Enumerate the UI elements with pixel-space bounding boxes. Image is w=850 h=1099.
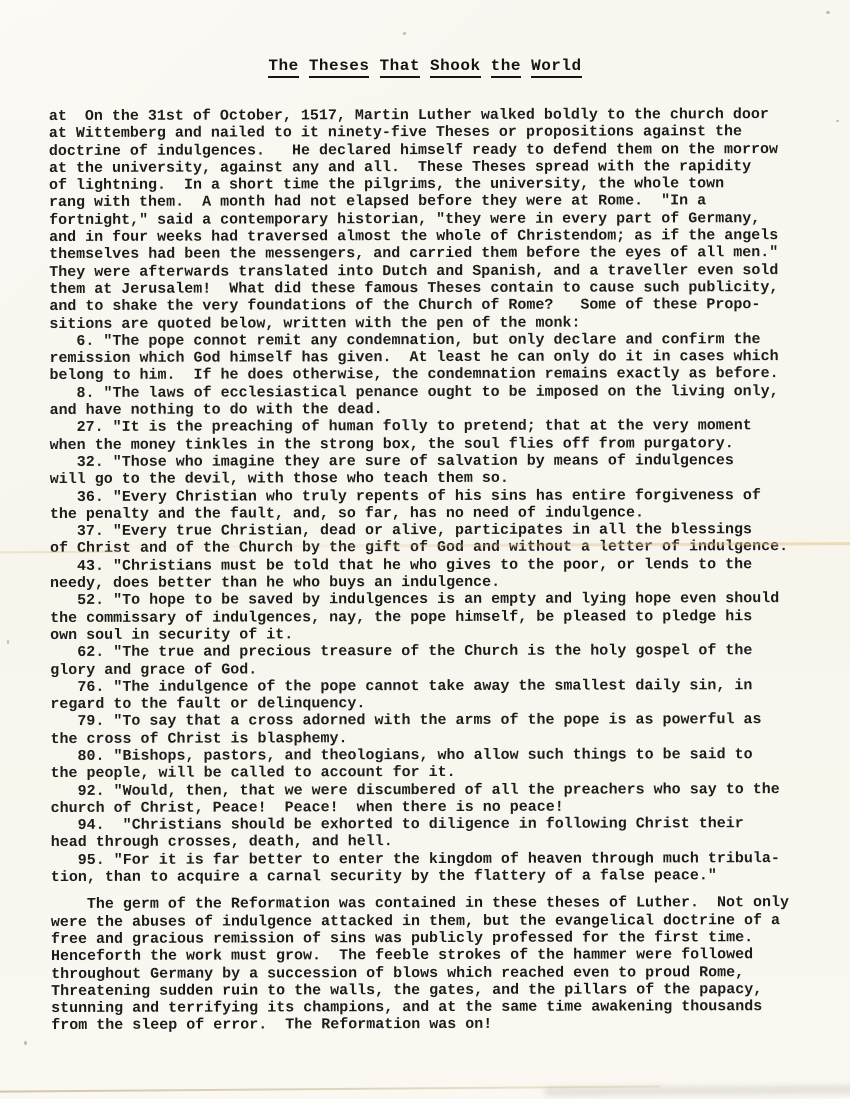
paper-smudge-bottom <box>545 1085 850 1096</box>
text-line: head through crosses, death, and hell. <box>51 832 823 851</box>
text-line: 8. "The laws of ecclesiastical penance o… <box>50 383 822 402</box>
paper-speck <box>24 1041 27 1045</box>
text-line: from the sleep of error. The Reformation… <box>51 1015 823 1034</box>
text-line: 62. "The true and precious treasure of t… <box>50 642 822 661</box>
text-line: glory and grace of God. <box>50 659 822 678</box>
text-line: themselves had been the messengers, and … <box>49 244 821 263</box>
text-line: church of Christ, Peace! Peace! when the… <box>51 798 823 817</box>
text-line: at On the 31st of October, 1517, Martin … <box>49 106 821 125</box>
text-line: remission which God himself has given. A… <box>49 348 821 367</box>
text-line: 80. "Bishops, pastors, and theologians, … <box>50 746 822 765</box>
text-line: 94. "Christians should be exhorted to di… <box>51 815 823 834</box>
text-line: own soul in security of it. <box>50 625 822 644</box>
text-line: when the money tinkles in the strong box… <box>50 435 822 454</box>
text-line: rang with them. A month had not elapsed … <box>49 192 821 211</box>
text-line: 92. "Would, then, that we were discumber… <box>51 781 823 800</box>
text-line: They were afterwards translated into Dut… <box>49 262 821 281</box>
text-line: 37. "Every true Christian, dead or alive… <box>50 521 822 540</box>
page-title: The Theses That Shook the World <box>0 57 850 75</box>
text-line: 52. "To hope to be saved by indulgences … <box>50 590 822 609</box>
text-line: doctrine of indulgences. He declared him… <box>49 141 821 160</box>
text-line: needy, does better than he who buys an i… <box>50 573 822 592</box>
text-line: them at Jerusalem! What did these famous… <box>49 279 821 298</box>
paper-speck <box>7 640 9 644</box>
text-line: belong to him. If he does otherwise, the… <box>49 365 821 384</box>
text-line: the people, will be called to account fo… <box>51 763 823 782</box>
text-line: and have nothing to do with the dead. <box>50 400 822 419</box>
paper-speck <box>403 32 406 35</box>
text-line: Henceforth the work must grow. The feebl… <box>51 946 823 965</box>
text-line: regard to the fault or delinquency. <box>50 694 822 713</box>
text-line: sitions are quoted below, written with t… <box>49 314 821 333</box>
text-line: 95. "For it is far better to enter the k… <box>51 850 823 869</box>
paper: The Theses That Shook the World at On th… <box>0 0 850 1099</box>
text-line: Threatening sudden ruin to the walls, th… <box>51 981 823 1000</box>
paper-speck <box>836 120 839 122</box>
text-line: 32. "Those who imagine they are sure of … <box>50 452 822 471</box>
text-line: were the abuses of indulgence attacked i… <box>51 912 823 931</box>
text-line: 27. "It is the preaching of human folly … <box>50 417 822 436</box>
text-line: at Wittemberg and nailed to it ninety-fi… <box>49 123 821 142</box>
text-line: 79. "To say that a cross adorned with th… <box>50 711 822 730</box>
paper-speck <box>826 11 830 14</box>
text-line: and in four weeks had traversed almost t… <box>49 227 821 246</box>
text-line: 76. "The indulgence of the pope cannot t… <box>50 677 822 696</box>
text-line: stunning and terrifying its champions, a… <box>51 998 823 1017</box>
text-line: and to shake the very foundations of the… <box>49 296 821 315</box>
text-line: of Christ and of the Church by the gift … <box>50 538 822 557</box>
text-line: 6. "The pope connot remit any condemnati… <box>49 331 821 350</box>
text-line: the penalty and the fault, and, so far, … <box>50 504 822 523</box>
text-line: the cross of Christ is blasphemy. <box>50 729 822 748</box>
text-line: 36. "Every Christian who truly repents o… <box>50 487 822 506</box>
paper-fold-bottom <box>0 1085 660 1092</box>
text-line: The germ of the Reformation was containe… <box>51 894 823 913</box>
text-line: fortnight," said a contemporary historia… <box>49 210 821 229</box>
document-body: at On the 31st of October, 1517, Martin … <box>49 106 823 1035</box>
text-line: the commissary of indulgences, nay, the … <box>50 608 822 627</box>
text-line: will go to the devil, with those who tea… <box>50 469 822 488</box>
text-line: throughout Germany by a succession of bl… <box>51 964 823 983</box>
text-line: 43. "Christians must be told that he who… <box>50 556 822 575</box>
text-line: at the university, against any and all. … <box>49 158 821 177</box>
text-line: of lightning. In a short time the pilgri… <box>49 175 821 194</box>
text-line: free and gracious remission of sins was … <box>51 929 823 948</box>
text-line: tion, than to acquire a carnal security … <box>51 867 823 886</box>
